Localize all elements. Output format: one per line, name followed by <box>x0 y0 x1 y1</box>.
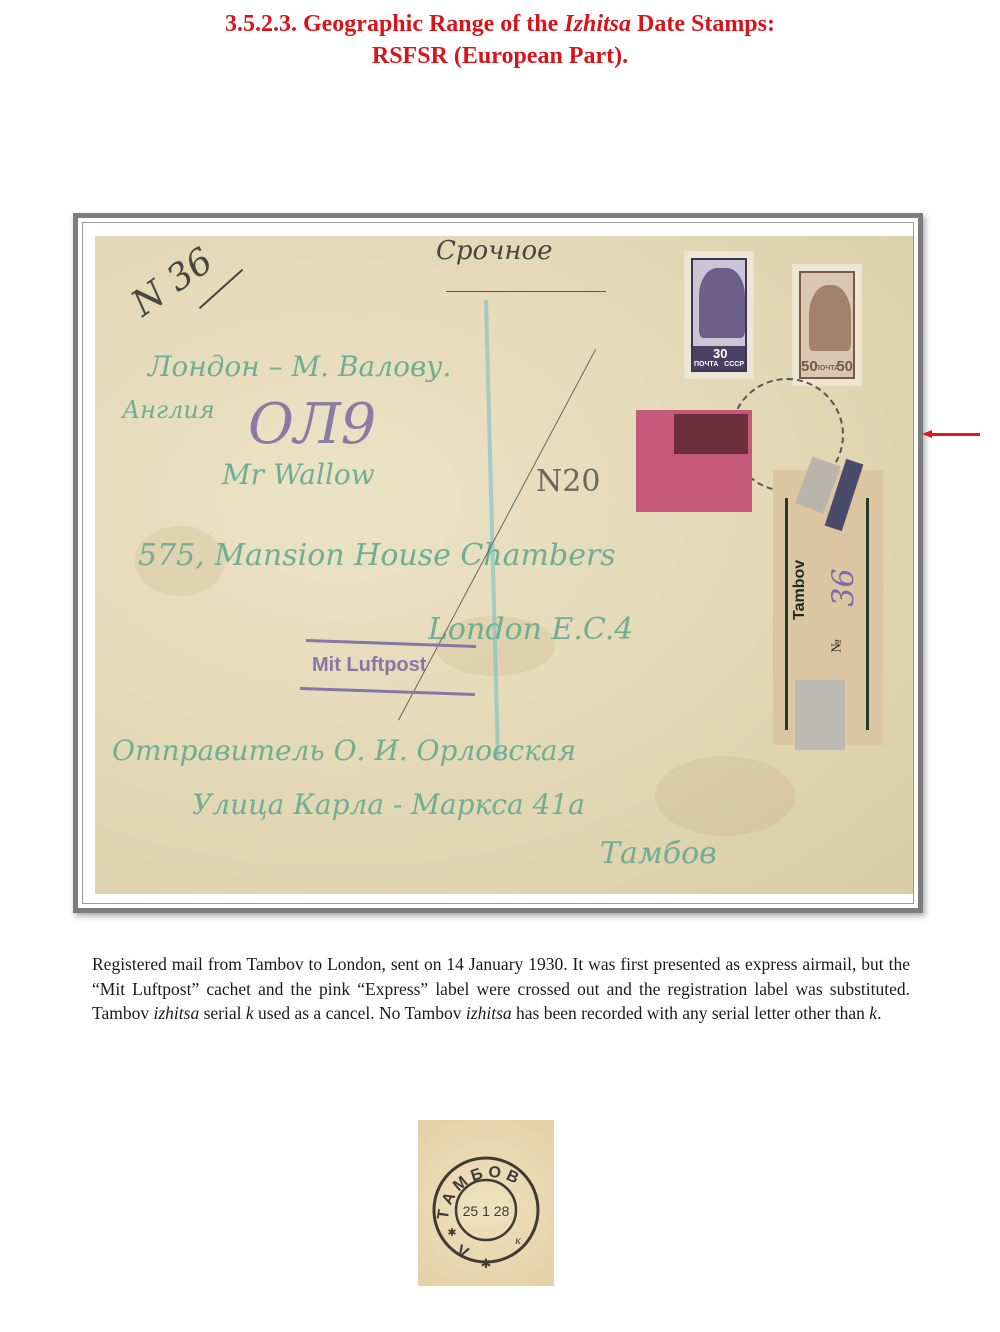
registration-city: Tambov <box>791 560 809 620</box>
postmark-cancel-icon: Т А М Б О В 25 1 28 V к ✱ ✱ <box>418 1120 554 1286</box>
address-line-3: Mr Wallow <box>222 458 375 491</box>
express-underline <box>446 291 606 292</box>
stamp-50-kop: 50 50 ПОЧТА <box>794 266 860 384</box>
svg-text:25 1 28: 25 1 28 <box>463 1203 510 1219</box>
title-italic-word: Izhitsa <box>564 11 631 37</box>
svg-text:✱: ✱ <box>447 1226 456 1239</box>
registration-number: 36 <box>827 568 862 606</box>
express-label <box>636 410 752 512</box>
stamp-portrait <box>809 285 851 351</box>
pointer-arrow-icon <box>922 430 980 438</box>
pencil-note: N20 <box>536 464 600 499</box>
title-line-1: 3.5.2.3. Geographic Range of the Izhitsa… <box>0 8 1000 40</box>
address-line-1: Лондон – М. Валову. <box>148 350 451 383</box>
sender-line-3: Тамбов <box>600 836 717 871</box>
page-title: 3.5.2.3. Geographic Range of the Izhitsa… <box>0 8 1000 72</box>
violet-note: ОЛ9 <box>248 392 376 457</box>
postmark-detail-image: Т А М Б О В 25 1 28 V к ✱ ✱ <box>418 1120 554 1286</box>
sender-line-1: Отправитель О. И. Орловская <box>112 734 576 767</box>
caption-text: Registered mail from Tambov to London, s… <box>92 952 910 1026</box>
airmail-cachet: Mit Luftpost <box>300 640 475 698</box>
number-sign: № <box>830 639 846 652</box>
title-line-2: RSFSR (European Part). <box>0 40 1000 72</box>
address-line-4: 575, Mansion House Chambers <box>138 538 616 573</box>
registration-label: Tambov 36 № <box>773 470 883 745</box>
sender-line-2: Улица Карла - Маркса 41а <box>192 788 585 821</box>
express-note: Срочное <box>436 236 553 266</box>
svg-text:✱: ✱ <box>481 1257 492 1272</box>
svg-text:к: к <box>515 1233 521 1247</box>
stamp-30-kop: 30 ПОЧТА СССР <box>686 253 752 377</box>
stamp-portrait <box>699 268 745 338</box>
address-line-2: Англия <box>122 396 215 424</box>
